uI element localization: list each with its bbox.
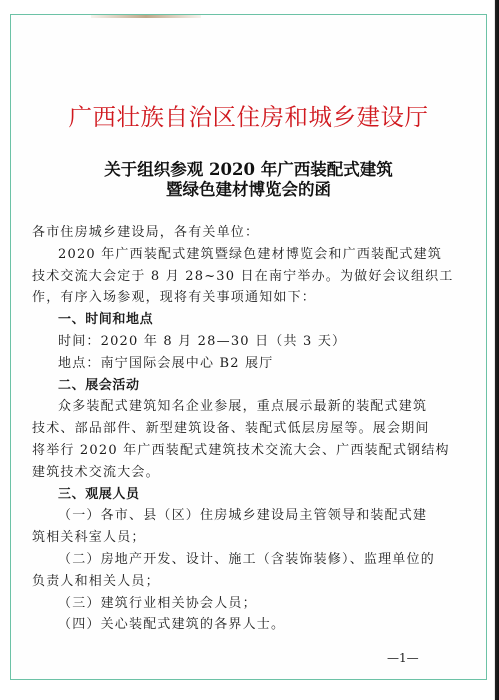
document-title-line1: 关于组织参观 2020 年广西装配式建筑	[11, 160, 486, 180]
document-page: 广西壮族自治区住房和城乡建设厅 关于组织参观 2020 年广西装配式建筑 暨绿色…	[10, 14, 487, 680]
section-line: （一）各市、县（区）住房城乡建设局主管领导和装配式建	[32, 505, 452, 527]
section-line: 时间：2020 年 8 月 28—30 日（共 3 天）	[32, 331, 452, 353]
intro-line: 作，有序入场参观，现将有关事项通知如下：	[32, 287, 452, 309]
document-title-line2: 暨绿色建材博览会的函	[11, 180, 486, 200]
page-number: —1—	[387, 651, 419, 665]
section-heading: 二、展会活动	[32, 375, 452, 397]
section-line: （四）关心装配式建筑的各界人士。	[32, 614, 452, 636]
section-line: 众多装配式建筑知名企业参展，重点展示最新的装配式建筑	[32, 396, 452, 418]
section-line: 建筑技术交流大会。	[32, 462, 452, 484]
document-title: 关于组织参观 2020 年广西装配式建筑 暨绿色建材博览会的函	[11, 160, 486, 200]
salutation: 各市住房城乡建设局，各有关单位：	[32, 222, 452, 244]
section-line: 技术、部品部件、新型建筑设备、装配式低层房屋等。展会期间	[32, 418, 452, 440]
section-heading: 一、时间和地点	[32, 309, 452, 331]
org-title: 广西壮族自治区住房和城乡建设厅	[11, 103, 486, 131]
section-line: （二）房地产开发、设计、施工（含装饰装修）、监理单位的	[32, 549, 452, 571]
section-line: 负责人和相关人员；	[32, 571, 452, 593]
section-line: 将举行 2020 年广西装配式建筑技术交流大会、广西装配式钢结构	[32, 440, 452, 462]
section-line: 筑相关科室人员；	[32, 527, 452, 549]
intro-line: 2020 年广西装配式建筑暨绿色建材博览会和广西装配式建筑	[32, 244, 452, 266]
section-heading: 三、观展人员	[32, 484, 452, 506]
scrollbar[interactable]	[494, 0, 499, 700]
intro-line: 技术交流大会定于 8 月 28~30 日在南宁举办。为做好会议组织工	[32, 266, 452, 288]
document-body: 各市住房城乡建设局，各有关单位： 2020 年广西装配式建筑暨绿色建材博览会和广…	[32, 222, 452, 636]
section-line: 地点：南宁国际会展中心 B2 展厅	[32, 353, 452, 375]
section-line: （三）建筑行业相关协会人员；	[32, 593, 452, 615]
